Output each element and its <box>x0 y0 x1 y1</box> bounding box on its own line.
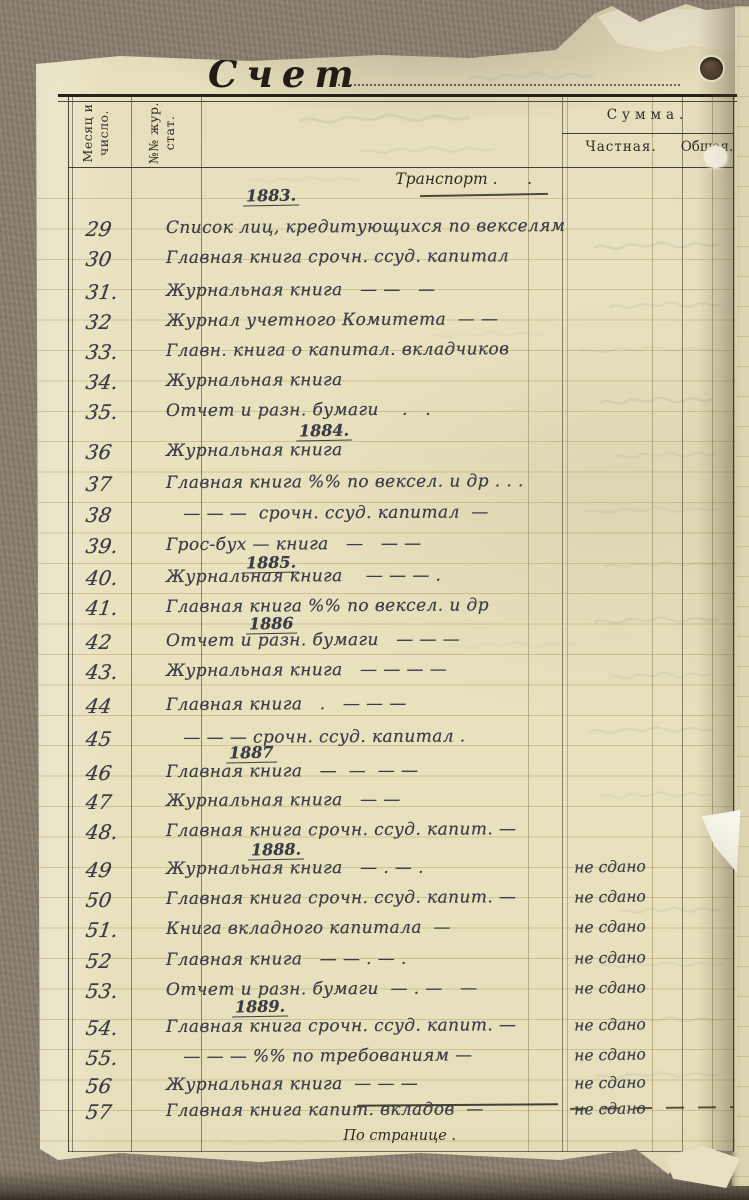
archive-photo: { "colors": { "paper": "#e8e1bd", "board… <box>0 0 749 1200</box>
punch-hole <box>700 57 723 80</box>
scan-vignette <box>0 0 749 1200</box>
ledger-page: Счет Месяц и число. №№ жур. стат. Сумма.… <box>0 0 749 1200</box>
